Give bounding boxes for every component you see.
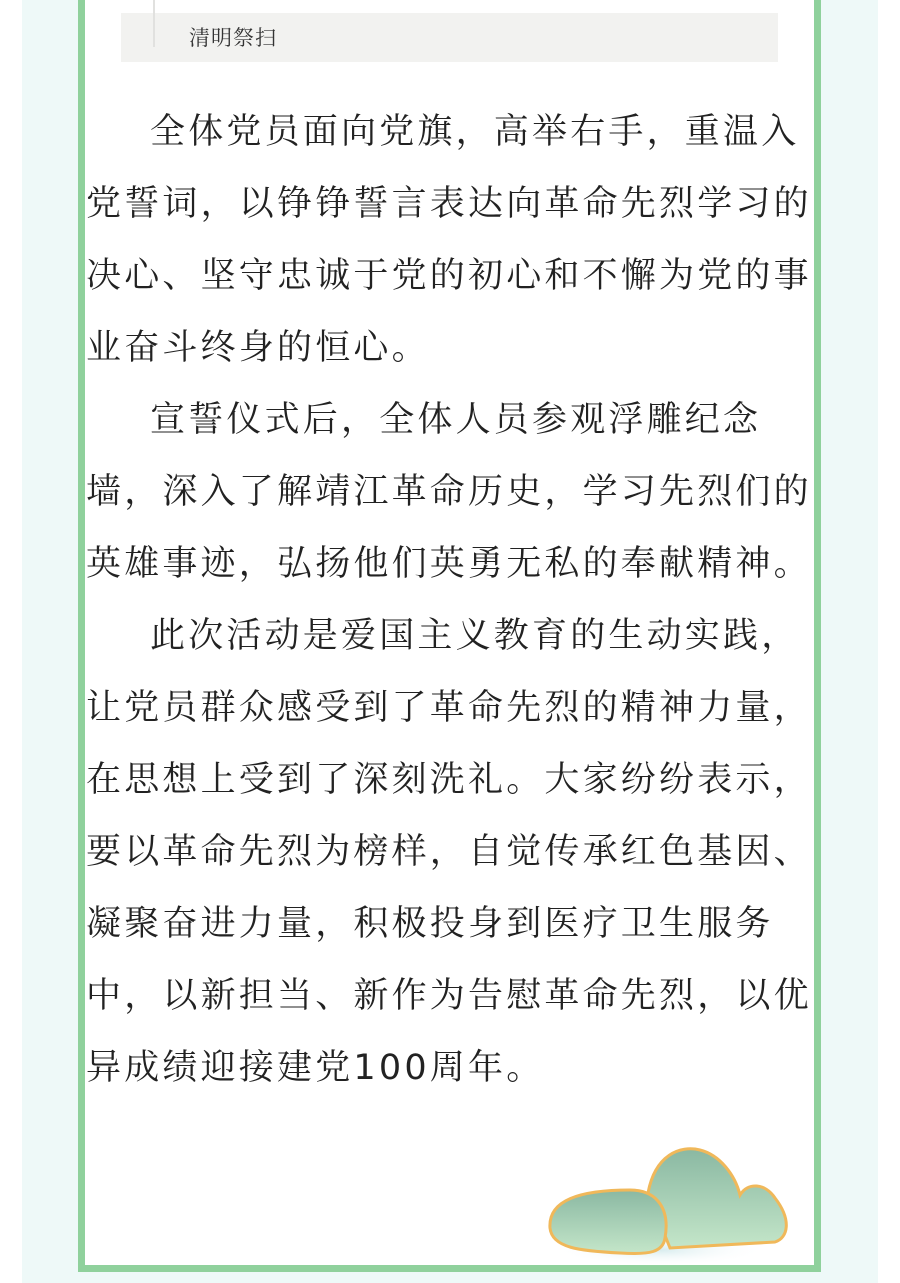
text-line: 在思想上受到了深刻洗礼。大家纷纷表示， bbox=[86, 744, 816, 816]
caption-divider bbox=[153, 0, 155, 47]
text-line: 墙，深入了解靖江革命历史，学习先烈们的 bbox=[86, 456, 816, 528]
text-line: 中，以新担当、新作为告慰革命先烈，以优 bbox=[86, 960, 816, 1032]
text-line: 全体党员面向党旗，高举右手，重温入 bbox=[86, 96, 816, 168]
text-line: 党誓词，以铮铮誓言表达向革命先烈学习的 bbox=[86, 168, 816, 240]
text-line: 决心、坚守忠诚于党的初心和不懈为党的事 bbox=[86, 240, 816, 312]
text-line: 此次活动是爱国主义教育的生动实践， bbox=[86, 600, 816, 672]
text-line: 英雄事迹，弘扬他们英勇无私的奉献精神。 bbox=[86, 528, 816, 600]
article-body: 全体党员面向党旗，高举右手，重温入 党誓词，以铮铮誓言表达向革命先烈学习的 决心… bbox=[86, 96, 816, 1104]
image-caption: 清明祭扫 bbox=[189, 24, 277, 52]
paragraph-conclusion: 此次活动是爱国主义教育的生动实践， 让党员群众感受到了革命先烈的精神力量， 在思… bbox=[86, 600, 816, 1104]
text-line: 凝聚奋进力量，积极投身到医疗卫生服务 bbox=[86, 888, 816, 960]
text-line: 要以革命先烈为榜样，自觉传承红色基因、 bbox=[86, 816, 816, 888]
text-line: 业奋斗终身的恒心。 bbox=[86, 312, 816, 384]
text-line: 异成绩迎接建党100周年。 bbox=[86, 1032, 816, 1104]
paragraph-oath: 全体党员面向党旗，高举右手，重温入 党誓词，以铮铮誓言表达向革命先烈学习的 决心… bbox=[86, 96, 816, 384]
text-line: 宣誓仪式后，全体人员参观浮雕纪念 bbox=[86, 384, 816, 456]
text-line: 让党员群众感受到了革命先烈的精神力量， bbox=[86, 672, 816, 744]
cloud-icon bbox=[530, 1120, 790, 1270]
paragraph-memorial-wall: 宣誓仪式后，全体人员参观浮雕纪念 墙，深入了解靖江革命历史，学习先烈们的 英雄事… bbox=[86, 384, 816, 600]
